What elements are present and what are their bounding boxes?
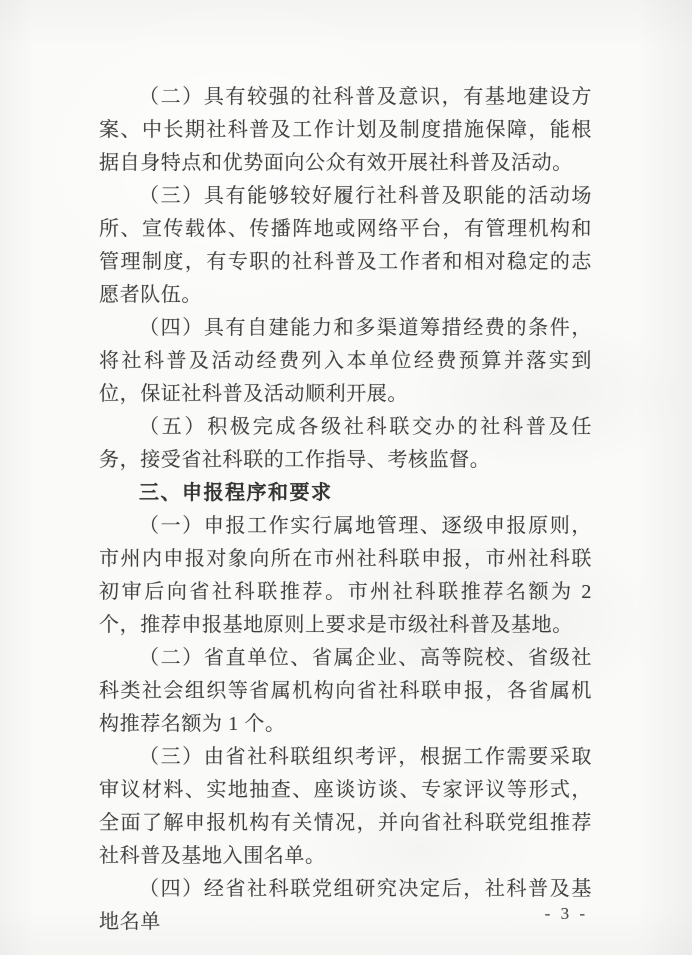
paragraph: （四）经省社科联党组研究决定后，社科普及基地名单	[99, 873, 592, 939]
paragraph: （三）由省社科联组织考评，根据工作需要采取审议材料、实地抽查、座谈访谈、专家评议…	[99, 741, 592, 873]
section-heading: 三、申报程序和要求	[99, 477, 592, 510]
scanned-document-page: （二）具有较强的社科普及意识，有基地建设方案、中长期社科普及工作计划及制度措施保…	[0, 0, 692, 955]
paragraph: （一）申报工作实行属地管理、逐级申报原则，市州内申报对象向所在市州社科联申报，市…	[99, 510, 592, 642]
paragraph: （三）具有能够较好履行社科普及职能的活动场所、宣传载体、传播阵地或网络平台，有管…	[99, 180, 592, 312]
page-number: - 3 -	[545, 903, 588, 925]
paragraph: （五）积极完成各级社科联交办的社科普及任务，接受省社科联的工作指导、考核监督。	[99, 411, 592, 477]
paragraph: （二）省直单位、省属企业、高等院校、省级社科类社会组织等省属机构向省社科联申报，…	[99, 642, 592, 741]
document-body: （二）具有较强的社科普及意识，有基地建设方案、中长期社科普及工作计划及制度措施保…	[99, 81, 592, 939]
paragraph: （四）具有自建能力和多渠道筹措经费的条件，将社科普及活动经费列入本单位经费预算并…	[99, 312, 592, 411]
paragraph: （二）具有较强的社科普及意识，有基地建设方案、中长期社科普及工作计划及制度措施保…	[99, 81, 592, 180]
